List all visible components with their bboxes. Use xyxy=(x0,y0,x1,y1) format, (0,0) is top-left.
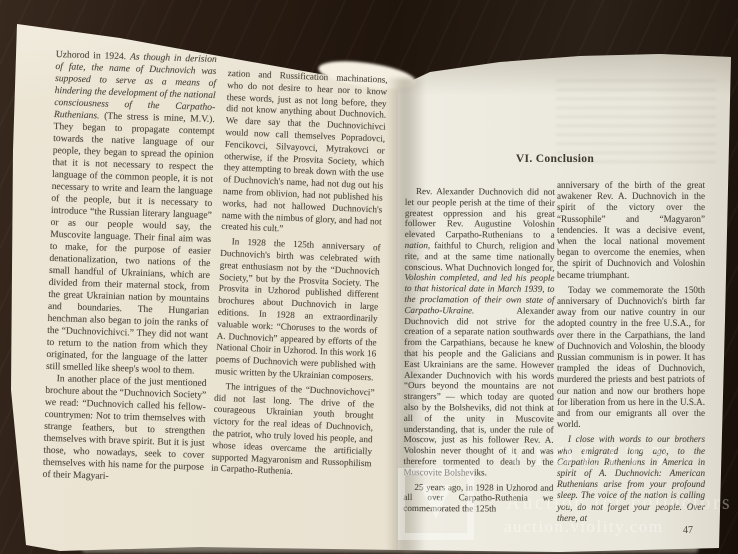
left-page-column-2: zation and Russification machinations, w… xyxy=(211,68,388,481)
paragraph: zation and Russification machinations, w… xyxy=(221,68,388,240)
book-photo: Uzhorod in 1924. As though in derision o… xyxy=(0,0,738,554)
text-run: Today we commemorate the 150th anniversa… xyxy=(557,285,705,429)
text-run: Rev. Alexander Duchnovich did not let ou… xyxy=(405,186,555,240)
text-run: The intrigues of the “Duchnovichovci” di… xyxy=(211,381,375,476)
paragraph: Today we commemorate the 150th anniversa… xyxy=(557,285,705,431)
text-run: 25 years ago, in 1928 in Uzhorod and all… xyxy=(403,482,553,514)
paragraph: 25 years ago, in 1928 in Uzhorod and all… xyxy=(403,482,553,515)
paragraph: In another place of the just mentioned b… xyxy=(42,373,206,486)
text-run: In another place of the just mentioned b… xyxy=(42,373,206,482)
paragraph: In 1928 the 125th anniversary of Duchnov… xyxy=(215,236,381,384)
text-run: nation xyxy=(405,240,428,250)
page-number: 47 xyxy=(668,525,708,536)
text-run: In 1928 the 125th anniversary of Duchnov… xyxy=(215,236,381,382)
text-run: I close with words to our brothers who e… xyxy=(557,434,705,522)
paragraph: I close with words to our brothers who e… xyxy=(557,434,705,524)
left-page-column-1: Uzhorod in 1924. As though in derision o… xyxy=(42,49,216,486)
text-run: Uzhorod in 1924. xyxy=(56,49,131,62)
paragraph: The intrigues of the “Duchnovichovci” di… xyxy=(211,380,375,481)
right-page-column-1: Rev. Alexander Duchnovich did not let ou… xyxy=(403,186,555,515)
paragraph: anniversary of the birth of the great aw… xyxy=(557,180,705,281)
text-run: , faithful to Church, religion and rite,… xyxy=(405,240,555,272)
text-run: zation and Russification machinations, w… xyxy=(221,68,388,234)
right-page-column-2: anniversary of the birth of the great aw… xyxy=(557,180,705,524)
text-run: anniversary of the birth of the great aw… xyxy=(557,180,705,280)
paragraph: Rev. Alexander Duchnovich did not let ou… xyxy=(403,186,555,478)
text-run: Alexander Duchnovich did not strive for … xyxy=(403,305,554,477)
chapter-heading: VI. Conclusion xyxy=(400,152,710,165)
text-run: (The stress is mine, M.V.). They began t… xyxy=(46,111,215,377)
paragraph: Uzhorod in 1924. As though in derision o… xyxy=(46,49,217,378)
